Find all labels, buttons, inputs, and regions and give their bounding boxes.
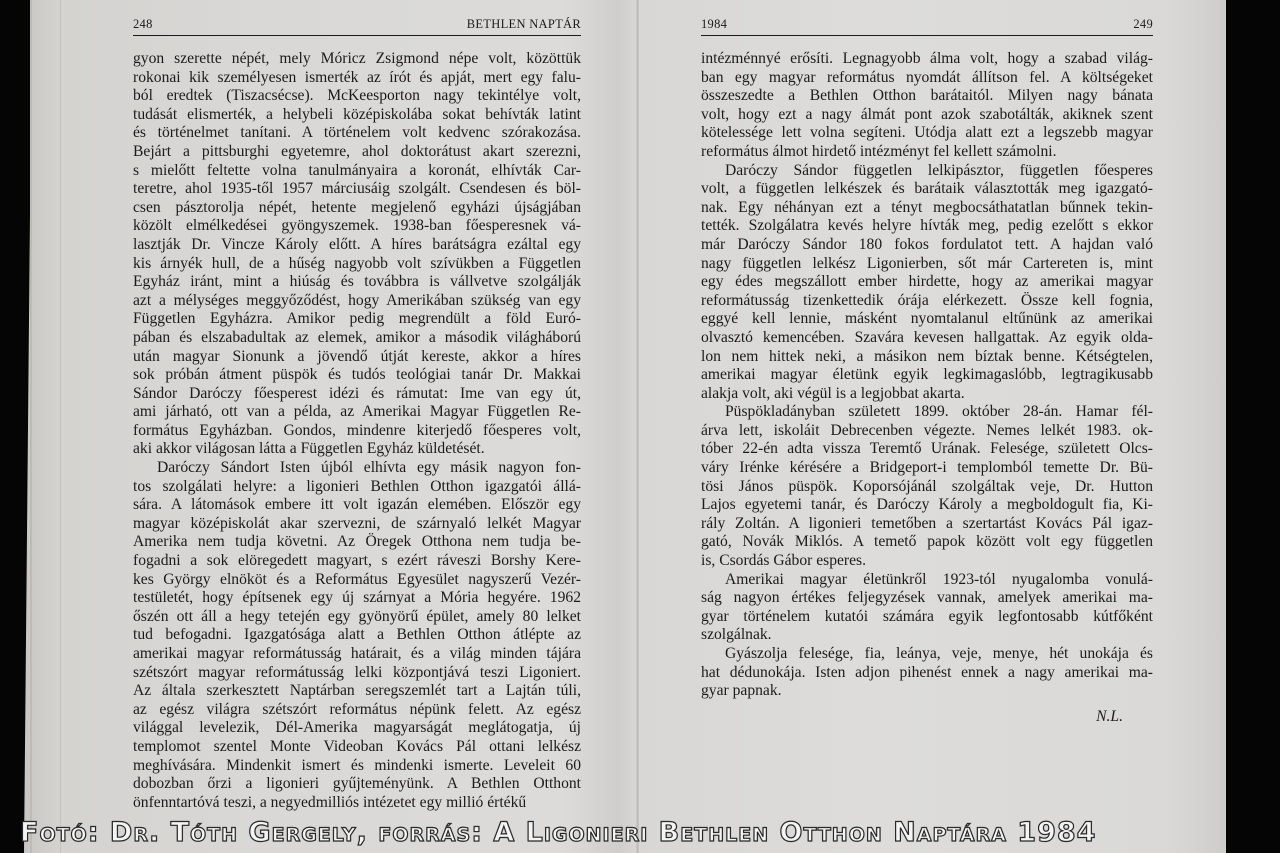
paragraph: Daróczy Sándor független lelkipásztor, f… xyxy=(701,162,1153,404)
text-line: teretre, ahol 1935-től 1957 márciusáig s… xyxy=(133,180,581,199)
paragraph: intézménnyé erősíti. Legnagyobb álma vol… xyxy=(701,50,1153,162)
text-line: Daróczy Sándort Isten újból elhívta egy … xyxy=(133,459,581,478)
right-page: 1984 249 intézménnyé erősíti. Legnagyobb… xyxy=(701,14,1153,726)
page-number: 249 xyxy=(1133,17,1153,32)
right-page-body: intézménnyé erősíti. Legnagyobb álma vol… xyxy=(701,50,1153,701)
text-line: Amerika nem tudja követni. Az Öregek Ott… xyxy=(133,533,581,552)
text-line: gyon szerette népét, mely Móricz Zsigmon… xyxy=(133,50,581,69)
text-line: intézménnyé erősíti. Legnagyobb álma vol… xyxy=(701,50,1153,69)
text-line: ban egy magyar református nyomdát állíts… xyxy=(701,69,1153,88)
text-line: tösi János püspök. Koporsójánál szolgált… xyxy=(701,478,1153,497)
left-page: 248 BETHLEN NAPTÁR gyon szerette népét, … xyxy=(133,14,581,812)
text-line: volt, hogy ezt a nagy álmát pont azok sz… xyxy=(701,106,1153,125)
text-line: lasztják Dr. Vincze Károly előtt. A híre… xyxy=(133,236,581,255)
text-line: rály Zoltán. A ligonieri temetőben a sze… xyxy=(701,515,1153,534)
book-gutter xyxy=(636,0,639,853)
text-line: sára. A látomások embere itt volt igazán… xyxy=(133,496,581,515)
page-number: 248 xyxy=(133,17,153,32)
running-head: 1984 249 xyxy=(701,14,1153,36)
text-line: közölt elmélkedései gyöngyszemek. 1938-b… xyxy=(133,217,581,236)
text-line: azt a mélységes meggyőződést, hogy Ameri… xyxy=(133,292,581,311)
text-line: is, Csordás Gábor esperes. xyxy=(701,552,1153,571)
text-line: gató, Novák Miklós. A temető papok közöt… xyxy=(701,533,1153,552)
text-line: reformátusság tizenkettedik órája elérke… xyxy=(701,292,1153,311)
text-line: volt, a független lelkészek és barátaik … xyxy=(701,180,1153,199)
text-line: egy édes megszállott ember hirdette, hog… xyxy=(701,273,1153,292)
text-line: hat dédunokája. Isten adjon pihenést enn… xyxy=(701,664,1153,683)
running-title: 1984 xyxy=(701,17,727,32)
text-line: kis árnyék hull, de a hűség nagyobb volt… xyxy=(133,255,581,274)
page-edge xyxy=(30,0,32,853)
text-line: összeszedte a Bethlen Otthon barátaitól.… xyxy=(701,87,1153,106)
text-line: rokonai kik személyesen ismerték az írót… xyxy=(133,69,581,88)
text-line: kes György elnököt és a Református Egyes… xyxy=(133,571,581,590)
author-signature: N.L. xyxy=(701,708,1153,726)
text-line: alakja volt, aki végül is a legjobbat ak… xyxy=(701,385,1153,404)
paragraph: Amerikai magyar életünkről 1923-tól nyug… xyxy=(701,571,1153,645)
text-line: tos szolgálati helyre: a ligonieri Bethl… xyxy=(133,478,581,497)
text-line: lon nem hittek neki, a másikon nem bízta… xyxy=(701,348,1153,367)
text-line: szolgálnak. xyxy=(701,626,1153,645)
text-line: meghívására. Mindenkit ismert és mindenk… xyxy=(133,757,581,776)
text-line: Lajos egyetemi tanár, és Daróczy Károly … xyxy=(701,496,1153,515)
text-line: szétszórt magyar reformátusság lelki köz… xyxy=(133,664,581,683)
text-line: tóber 22-én adta vissza Teremtő Urának. … xyxy=(701,440,1153,459)
text-line: kötelessége lett volna segíteni. Utódja … xyxy=(701,124,1153,143)
text-line: dobozban őrzi a ligonieri gyűjteményünk.… xyxy=(133,775,581,794)
text-line: világgal levelezik, Dél-Amerika magyarsá… xyxy=(133,719,581,738)
paragraph: gyon szerette népét, mely Móricz Zsigmon… xyxy=(133,50,581,459)
text-line: az egész világra szétszórt református né… xyxy=(133,701,581,720)
text-line: ból eredtek (Tiszacsécse). McKeesporton … xyxy=(133,87,581,106)
text-line: s mielőtt feltette volna tanulmányaira a… xyxy=(133,162,581,181)
text-line: amerikai magyar reformátusság határait, … xyxy=(133,645,581,664)
running-head: 248 BETHLEN NAPTÁR xyxy=(133,14,581,36)
paragraph: Gyászolja felesége, fia, leánya, veje, m… xyxy=(701,645,1153,701)
text-line: Független Egyházra. Amikor pedig megrend… xyxy=(133,310,581,329)
text-line: fogadni a sok elöregedett magyart, s ezé… xyxy=(133,552,581,571)
text-line: ság nagyon értékes feljegyzések vannak, … xyxy=(701,589,1153,608)
text-line: tették. Szolgálatra kevés helyre hívták … xyxy=(701,217,1153,236)
text-line: testületét, hogy építsenek egy új szárny… xyxy=(133,589,581,608)
text-line: őszén ott áll a hegy tetején egy gyönyör… xyxy=(133,608,581,627)
text-line: nagy független lelkész Ligonierben, sőt … xyxy=(701,255,1153,274)
text-line: Sándor Daróczy főesperest idézi és rámut… xyxy=(133,385,581,404)
paragraph: Püspökladányban született 1899. október … xyxy=(701,403,1153,570)
text-line: nak. Egy néhányan ezt a tényt megbocsáth… xyxy=(701,199,1153,218)
page-edge xyxy=(60,0,61,853)
text-line: református álmot hirdető intézményt fel … xyxy=(701,143,1153,162)
text-line: olvasztó kemencében. Szavára kevesen hal… xyxy=(701,329,1153,348)
text-line: sok próbán átment püspök és tudós teológ… xyxy=(133,366,581,385)
text-line: templomot szentel Monte Videoban Kovács … xyxy=(133,738,581,757)
text-line: eggyé kell lennie, másként nyomtalanul e… xyxy=(701,310,1153,329)
text-line: önfenntartóvá teszi, a negyedmilliós int… xyxy=(133,794,581,813)
text-line: Egyház iránt, mint a hiúság és továbbra … xyxy=(133,273,581,292)
text-line: már Daróczy Sándor 180 fokos fordulatot … xyxy=(701,236,1153,255)
running-title: BETHLEN NAPTÁR xyxy=(467,17,581,32)
text-line: ami járható, ott van a példa, az Amerika… xyxy=(133,403,581,422)
text-line: formátus Egyházban. Gondos, mindenre kit… xyxy=(133,422,581,441)
text-line: és történelmet tanítani. A történelem vo… xyxy=(133,124,581,143)
text-line: Az általa szerkesztett Naptárban seregsz… xyxy=(133,682,581,701)
text-line: Püspökladányban született 1899. október … xyxy=(701,403,1153,422)
text-line: tudását elismerték, a helybeli középisko… xyxy=(133,106,581,125)
left-page-body: gyon szerette népét, mely Móricz Zsigmon… xyxy=(133,50,581,812)
text-line: pában és elszabadultak az elemek, amikor… xyxy=(133,329,581,348)
text-line: váry Irénke kérésére a Bridgeport-i temp… xyxy=(701,459,1153,478)
text-line: magyar középiskolát akar szervezni, de s… xyxy=(133,515,581,534)
text-line: aki akkor világosan látta a Független Eg… xyxy=(133,440,581,459)
text-line: amerikai magyar életünk egyik legkimagas… xyxy=(701,366,1153,385)
text-line: után magyar Sionunk a jövendő útját kere… xyxy=(133,348,581,367)
text-line: gyar történelem kutatói számára egyik le… xyxy=(701,608,1153,627)
text-line: árva lett, iskoláit Debrecenben végezte.… xyxy=(701,422,1153,441)
text-line: Gyászolja felesége, fia, leánya, veje, m… xyxy=(701,645,1153,664)
text-line: csen pásztorolja népét, hetente megjelen… xyxy=(133,199,581,218)
text-line: Daróczy Sándor független lelkipásztor, f… xyxy=(701,162,1153,181)
photo-credit-caption: Fotó: Dr. Tóth Gergely, forrás: A Ligoni… xyxy=(20,817,1260,848)
text-line: Amerikai magyar életünkről 1923-tól nyug… xyxy=(701,571,1153,590)
text-line: Bejárt a pittsburghi egyetemre, ahol dok… xyxy=(133,143,581,162)
text-line: gyar papnak. xyxy=(701,682,1153,701)
paragraph: Daróczy Sándort Isten újból elhívta egy … xyxy=(133,459,581,812)
text-line: tud befogadni. Igazgatósága alatt a Beth… xyxy=(133,626,581,645)
